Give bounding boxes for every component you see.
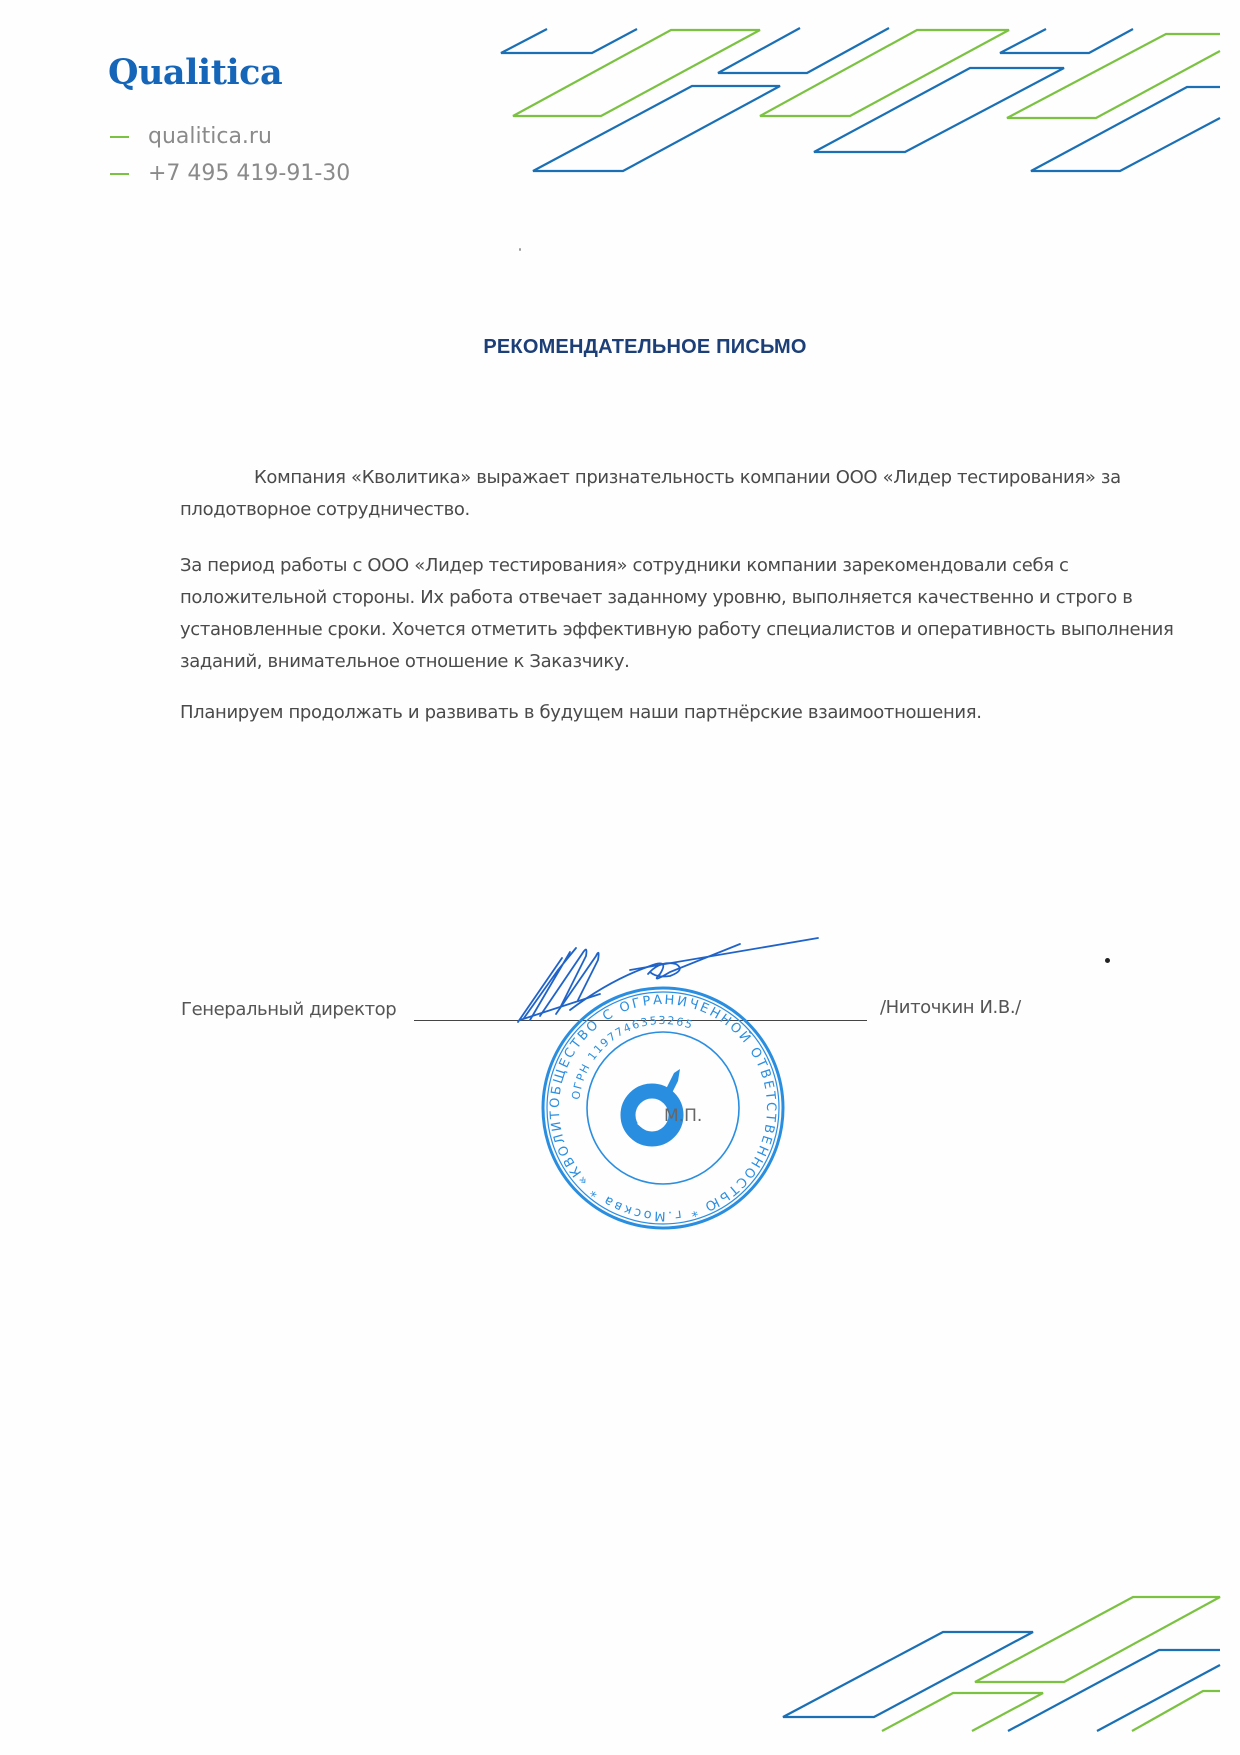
- footer-decoration-icon: [0, 0, 1240, 1755]
- letter-page: Qualitica qualitica.ru +7 495 419-91-30 …: [0, 0, 1240, 1755]
